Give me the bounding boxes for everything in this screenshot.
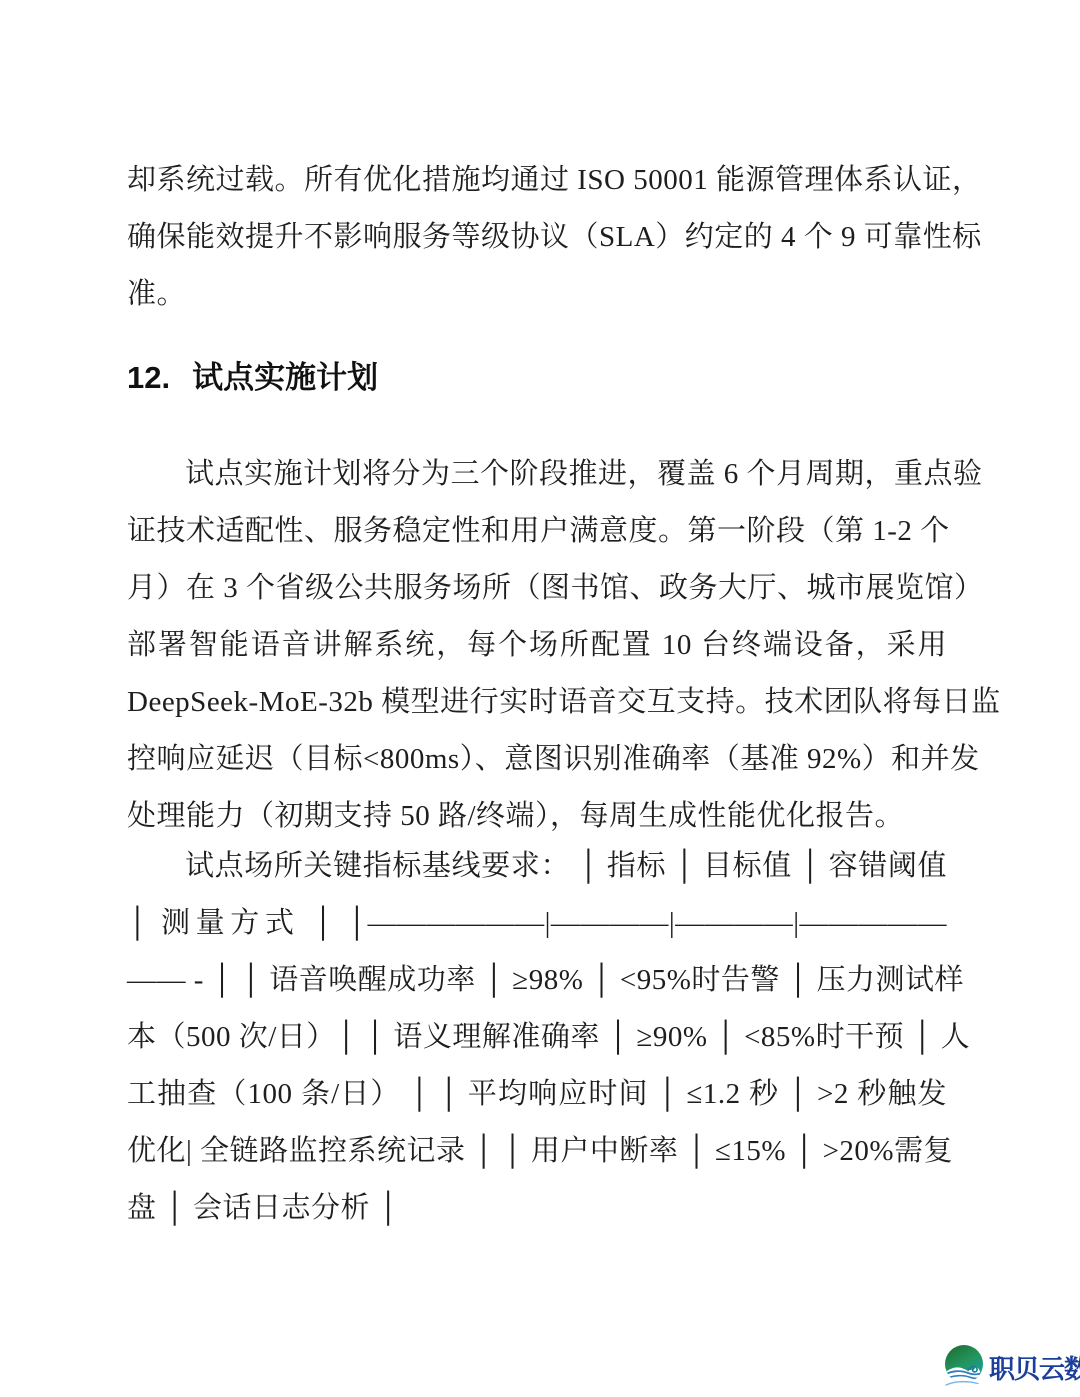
text-line: DeepSeek-MoE-32b 模型进行实时语音交互支持。技术团队将每日监 (127, 674, 947, 731)
text-line: 准。 (127, 266, 947, 323)
text-line: 证技术适配性、服务稳定性和用户满意度。第一阶段（第 1-2 个 (127, 503, 947, 560)
phase-paragraph: 试点实施计划将分为三个阶段推进，覆盖 6 个月周期，重点验证技术适配性、服务稳定… (127, 446, 947, 845)
text-line: —— - │ │ 语音唤醒成功率 │ ≥98% │ <95%时告警 │ 压力测试… (127, 952, 947, 1009)
text-line: 部署智能语音讲解系统，每个场所配置 10 台终端设备，采用 (127, 617, 947, 674)
text-line: 月）在 3 个省级公共服务场所（图书馆、政务大厅、城市展览馆） (127, 560, 947, 617)
text-line: 盘 │ 会话日志分析 │ (127, 1180, 947, 1237)
text-line: 工抽查（100 条/日） │ │ 平均响应时间 │ ≤1.2 秒 │ >2 秒触… (127, 1066, 947, 1123)
intro-paragraph: 却系统过载。所有优化措施均通过 ISO 50001 能源管理体系认证，确保能效提… (127, 152, 947, 323)
document-page: 却系统过载。所有优化措施均通过 ISO 50001 能源管理体系认证，确保能效提… (0, 0, 1080, 1397)
text-line: 处理能力（初期支持 50 路/终端），每周生成性能优化报告。 (127, 788, 947, 845)
wave-line-3 (946, 1382, 978, 1385)
text-line: 试点实施计划将分为三个阶段推进，覆盖 6 个月周期，重点验 (127, 446, 947, 503)
section-heading: 12. 试点实施计划 (127, 358, 378, 398)
text-line: 却系统过载。所有优化措施均通过 ISO 50001 能源管理体系认证， (127, 152, 947, 209)
zhibei-logo: 职贝云数 (944, 1343, 1080, 1391)
text-line: 优化| 全链路监控系统记录 │ │ 用户中断率 │ ≤15% │ >20%需复 (127, 1123, 947, 1180)
section-title: 试点实施计划 (192, 358, 378, 398)
globe-wave-icon (944, 1343, 986, 1391)
section-number: 12. (127, 358, 170, 398)
text-line: 本（500 次/日）│ │ 语义理解准确率 │ ≥90% │ <85%时干预 │… (127, 1009, 947, 1066)
text-line: 试点场所关键指标基线要求： │ 指标 │ 目标值 │ 容错阈值 (127, 838, 947, 895)
metrics-paragraph: 试点场所关键指标基线要求： │ 指标 │ 目标值 │ 容错阈值│ 测量方式 │ … (127, 838, 947, 1237)
text-line: 确保能效提升不影响服务等级协议（SLA）约定的 4 个 9 可靠性标 (127, 209, 947, 266)
text-line: │ 测量方式 │ │——————|————|————|————— (127, 895, 947, 952)
logo-text: 职贝云数 (989, 1349, 1080, 1386)
text-line: 控响应延迟（目标<800ms）、意图识别准确率（基准 92%）和并发 (127, 731, 947, 788)
